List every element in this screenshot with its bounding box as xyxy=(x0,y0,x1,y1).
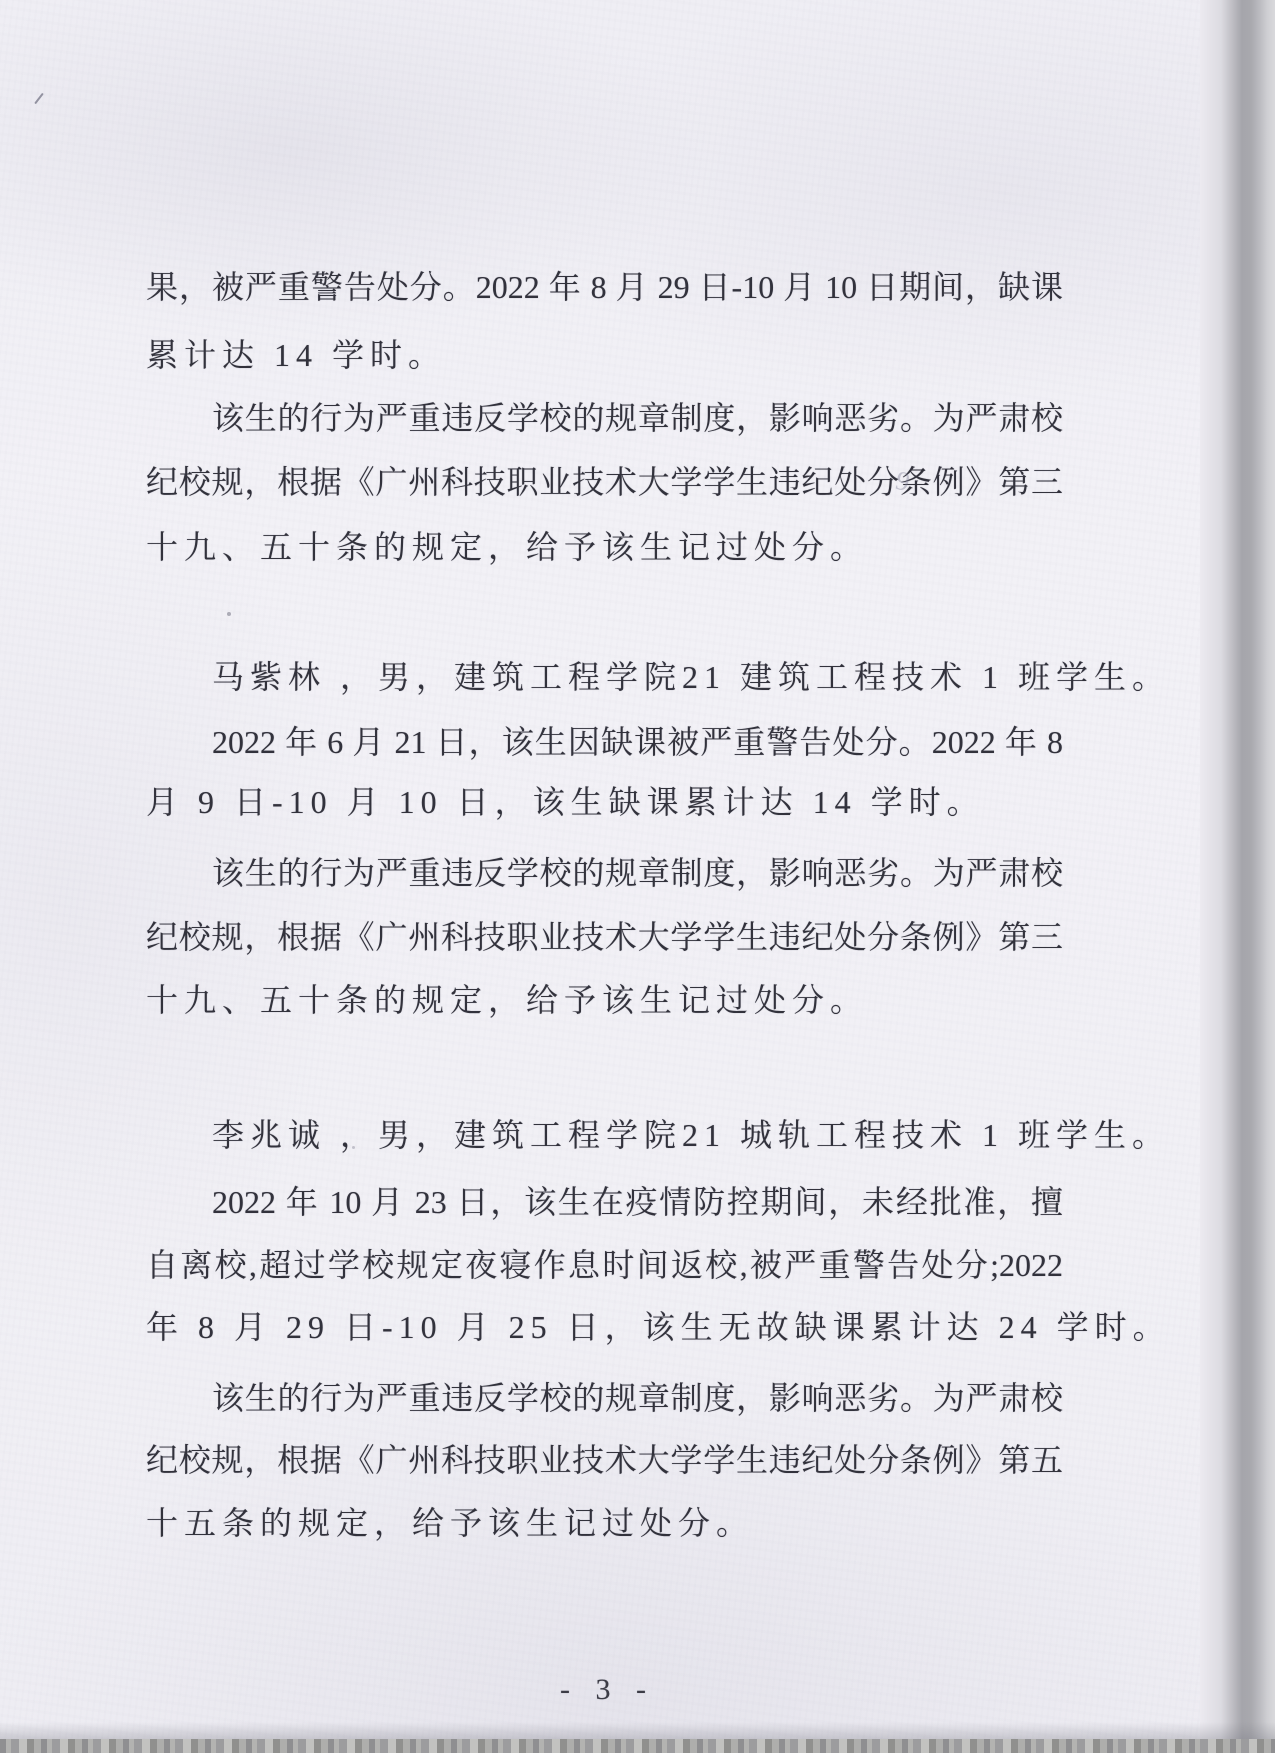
scanner-edge-bottom xyxy=(0,1739,1275,1753)
scan-speck xyxy=(227,612,231,616)
body-line: 纪校规，根据《广州科技职业技术大学学生违纪处分条例》第三 xyxy=(146,459,1063,505)
scanner-edge-right xyxy=(1200,0,1275,1753)
body-line: 李兆诚 ，男，建筑工程学院21 城轨工程技术 1 班学生。 xyxy=(146,1112,1063,1158)
body-line: 十五条的规定，给予该生记过处分。 xyxy=(146,1500,1063,1546)
scan-speck xyxy=(575,407,578,410)
body-line: 累计达 14 学时。 xyxy=(146,332,1063,378)
body-line: 十九、五十条的规定，给予该生记过处分。 xyxy=(146,977,1063,1023)
body-line: 果，被严重警告处分。2022 年 8 月 29 日-10 月 10 日期间，缺课 xyxy=(146,264,1063,310)
body-line: 2022 年 10 月 23 日，该生在疫情防控期间，未经批准，擅 xyxy=(146,1179,1063,1225)
body-line: 2022 年 6 月 21 日，该生因缺课被严重警告处分。2022 年 8 xyxy=(146,719,1063,765)
body-line: 年 8 月 29 日-10 月 25 日，该生无故缺课累计达 24 学时。 xyxy=(146,1304,1063,1350)
body-line: 纪校规，根据《广州科技职业技术大学学生违纪处分条例》第五 xyxy=(146,1437,1063,1483)
body-line: 该生的行为严重违反学校的规章制度，影响恶劣。为严肃校 xyxy=(146,850,1063,896)
body-line: 月 9 日-10 月 10 日，该生缺课累计达 14 学时。 xyxy=(146,779,1063,825)
body-line: 纪校规，根据《广州科技职业技术大学学生违纪处分条例》第三 xyxy=(146,914,1063,960)
scanner-edge-bottom-shadow xyxy=(0,1722,1275,1739)
body-line: 十九、五十条的规定，给予该生记过处分。 xyxy=(146,524,1063,570)
scan-speck-mark xyxy=(34,93,44,104)
page-number: - 3 - xyxy=(0,1670,1215,1710)
body-line: 该生的行为严重违反学校的规章制度，影响恶劣。为严肃校 xyxy=(146,1375,1063,1421)
scanned-document-page: 果，被严重警告处分。2022 年 8 月 29 日-10 月 10 日期间，缺课… xyxy=(0,0,1275,1753)
scan-speck xyxy=(352,1146,355,1149)
body-line: 马紫林 ，男，建筑工程学院21 建筑工程技术 1 班学生。 xyxy=(146,654,1063,700)
body-line: 该生的行为严重违反学校的规章制度，影响恶劣。为严肃校 xyxy=(146,395,1063,441)
body-line: 自离校,超过学校规定夜寝作息时间返校,被严重警告处分;2022 xyxy=(146,1242,1063,1288)
